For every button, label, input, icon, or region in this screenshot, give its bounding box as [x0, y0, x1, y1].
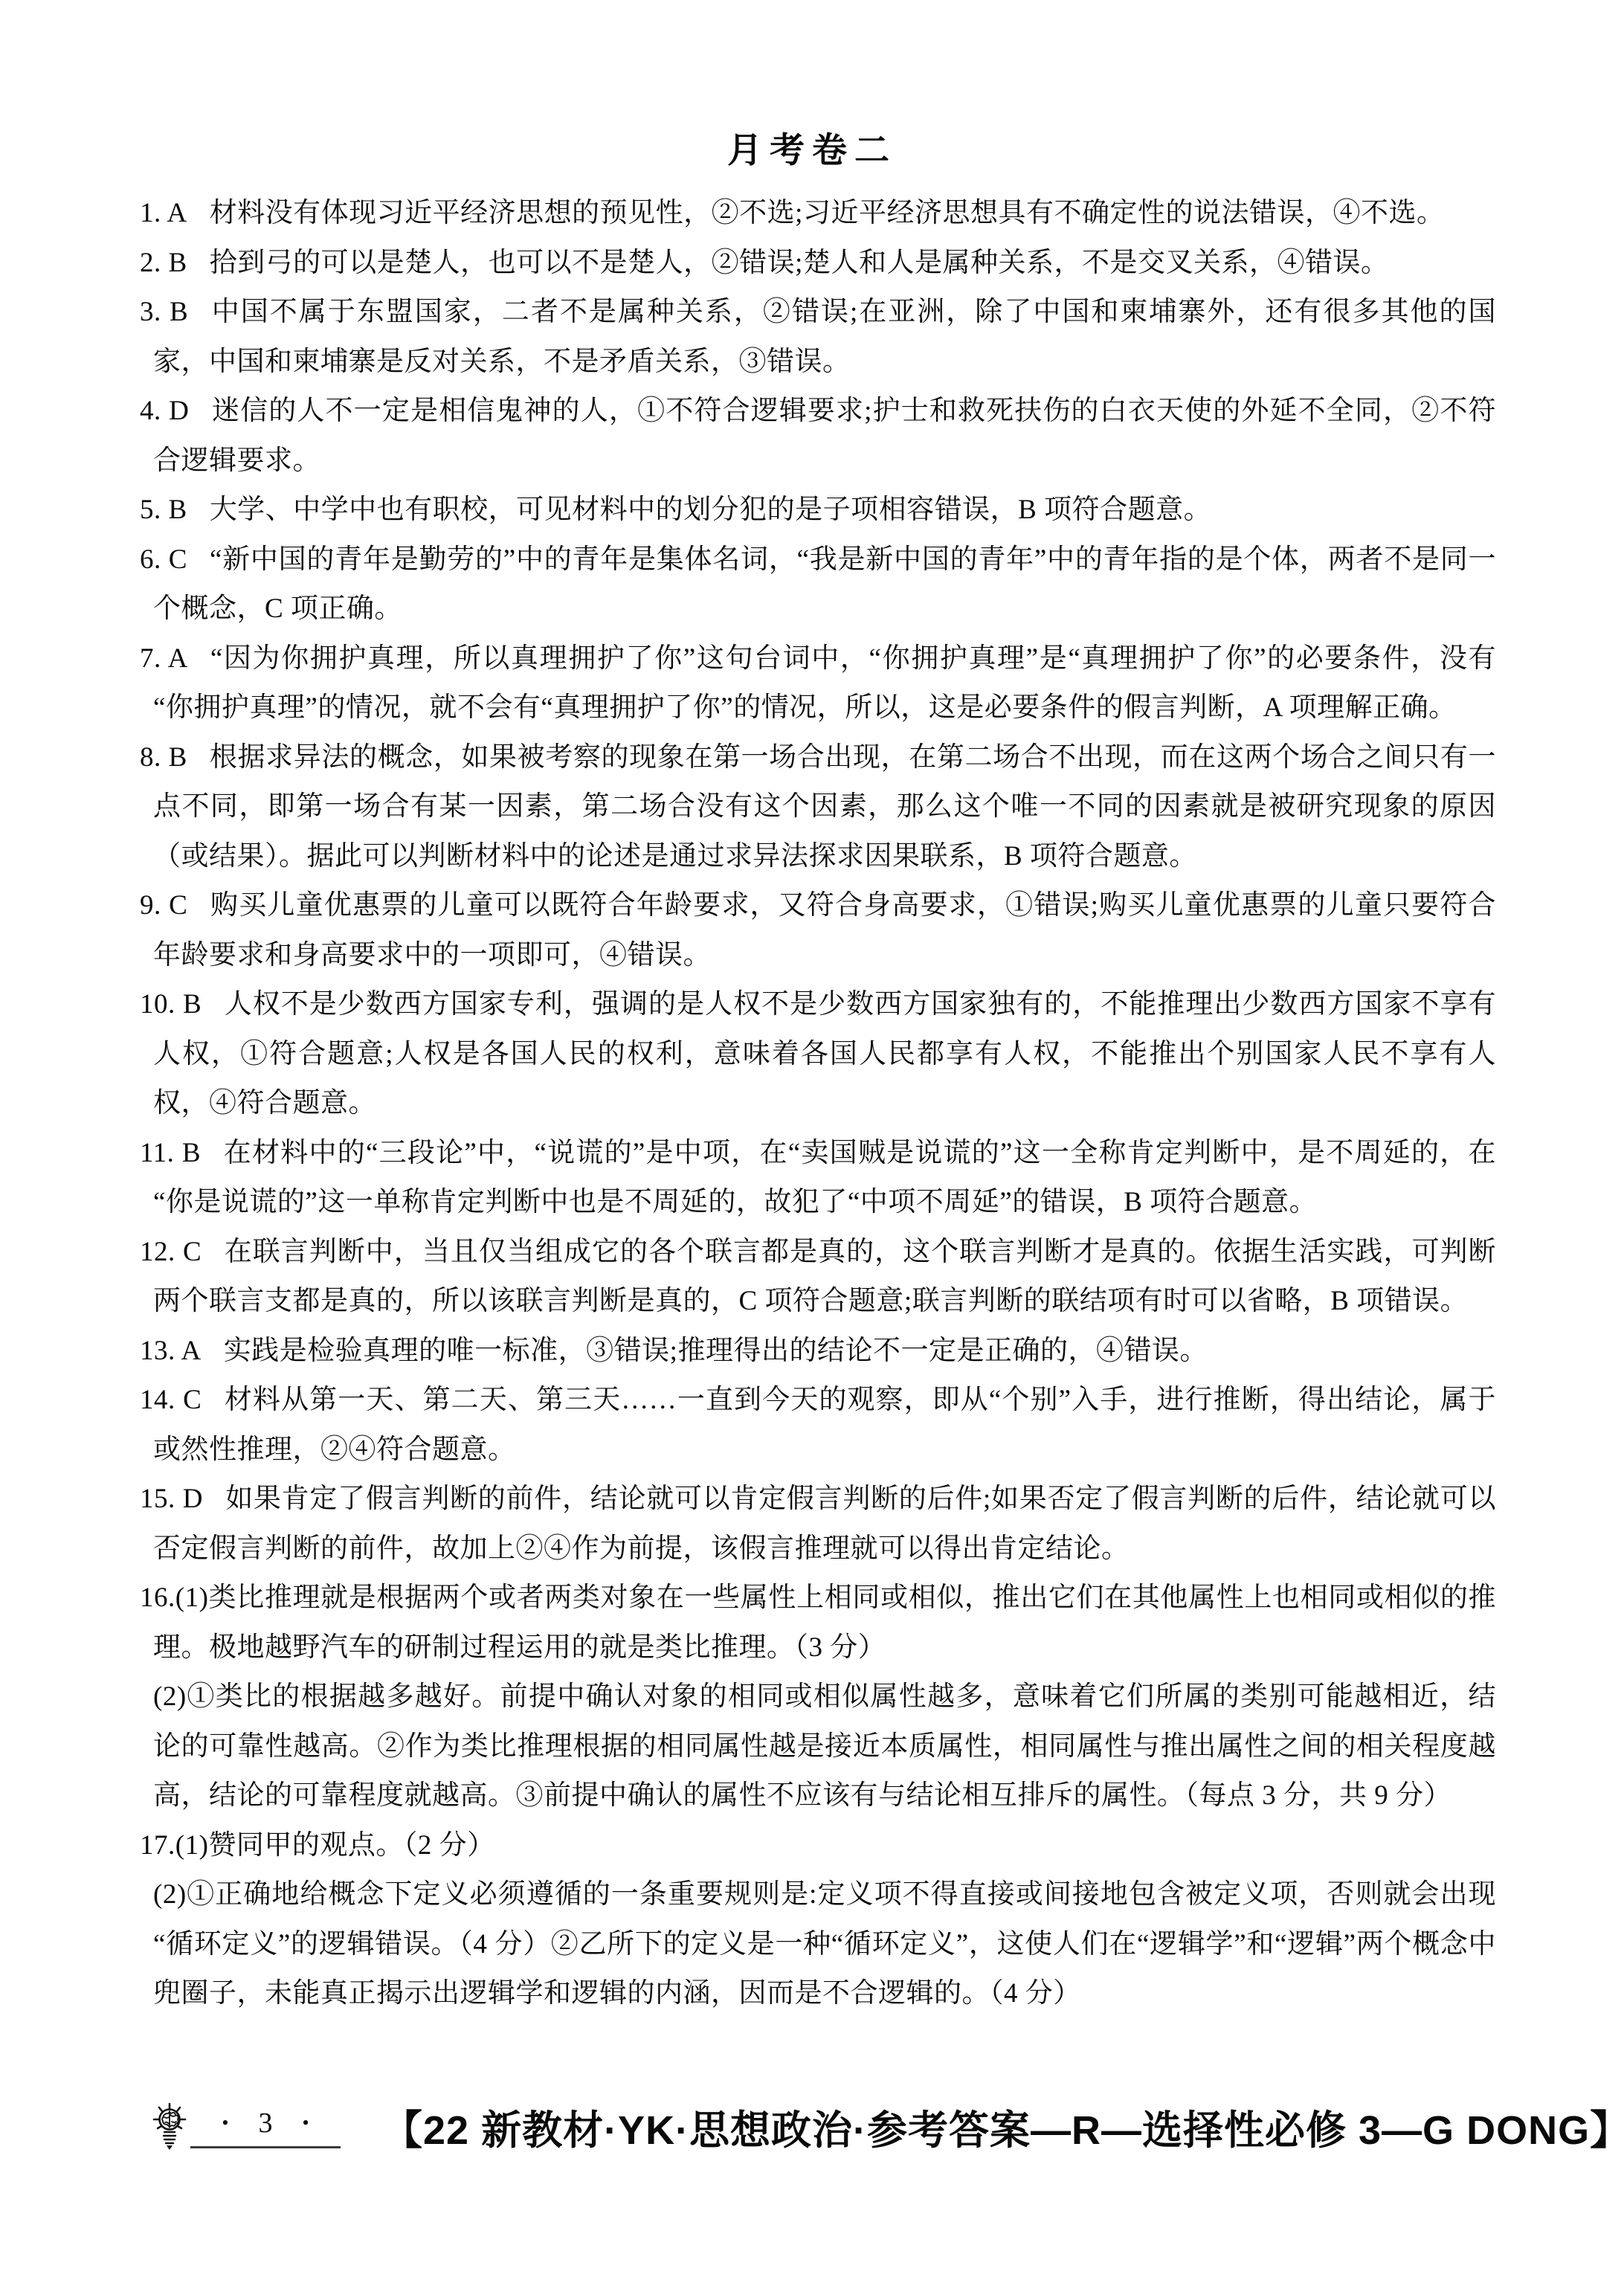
- answer-item-15: 15. D如果肯定了假言判断的前件，结论就可以肯定假言判断的后件;如果否定了假言…: [140, 1475, 1496, 1574]
- answer-number: 12. C: [140, 1237, 202, 1267]
- answer-number: 5. B: [140, 495, 187, 525]
- answer-item-3: 3. B中国不属于东盟国家，二者不是属种关系，②错误;在亚洲，除了中国和柬埔寨外…: [140, 288, 1496, 387]
- answer-number: 4. D: [140, 396, 189, 426]
- answer-number: 15. D: [140, 1484, 203, 1514]
- answer-number: 7. A: [140, 643, 188, 674]
- answer-text-part-2: (2)①类比的根据越多越好。前提中确认对象的相同或相似属性越多，意味着它们所属的…: [153, 1672, 1496, 1821]
- answer-text: 材料从第一天、第二天、第三天……一直到今天的观察，即从“个别”入手，进行推断，得…: [153, 1385, 1496, 1465]
- answer-number: 9. C: [140, 890, 187, 921]
- answer-text-part-1: (1)类比推理就是根据两个或者两类对象在一些属性上相同或相似，推出它们在其他属性…: [153, 1582, 1496, 1663]
- answer-text: 在联言判断中，当且仅当组成它的各个联言都是真的，这个联言判断才是真的。依据生活实…: [153, 1237, 1496, 1317]
- answer-text: 如果肯定了假言判断的前件，结论就可以肯定假言判断的后件;如果否定了假言判断的后件…: [153, 1484, 1496, 1564]
- answer-number: 2. B: [140, 248, 187, 278]
- page-title: 月考卷二: [0, 0, 1624, 171]
- footer-brand-text: 【22 新教材·YK·思想政治·参考答案—R—选择性必修 3—G DONG】: [382, 2099, 1624, 2156]
- answer-item-1: 1. A材料没有体现习近平经济思想的预见性，②不选;习近平经济思想具有不确定性的…: [140, 189, 1496, 239]
- answer-number: 17.: [140, 1830, 175, 1861]
- answer-number: 13. A: [140, 1336, 202, 1366]
- answer-text: “因为你拥护真理，所以真理拥护了你”这句台词中，“你拥护真理”是“真理拥护了你”…: [153, 643, 1496, 724]
- answer-text: 迷信的人不一定是相信鬼神的人，①不符合逻辑要求;护士和救死扶伤的白衣天使的外延不…: [153, 396, 1496, 476]
- answer-text: “新中国的青年是勤劳的”中的青年是集体名词，“我是新中国的青年”中的青年指的是个…: [153, 544, 1496, 625]
- answer-number: 10. B: [140, 989, 202, 1020]
- answer-list: 1. A材料没有体现习近平经济思想的预见性，②不选;习近平经济思想具有不确定性的…: [140, 189, 1496, 2019]
- answer-item-13: 13. A实践是检验真理的唯一标准，③错误;推理得出的结论不一定是正确的，④错误…: [140, 1327, 1496, 1376]
- answer-text: 大学、中学中也有职校，可见材料中的划分犯的是子项相容错误，B 项符合题意。: [210, 495, 1211, 525]
- answer-text-part-2: (2)①正确地给概念下定义必须遵循的一条重要规则是:定义项不得直接或间接地包含被…: [153, 1870, 1496, 2019]
- answer-item-17: 17.(1)赞同甲的观点。（2 分）(2)①正确地给概念下定义必须遵循的一条重要…: [140, 1821, 1496, 2019]
- answer-number: 6. C: [140, 544, 187, 575]
- brain-bulb-icon: [152, 2103, 187, 2152]
- answer-item-11: 11. B在材料中的“三段论”中，“说谎的”是中项，在“卖国贼是说谎的”这一全称…: [140, 1129, 1496, 1228]
- answer-text-part-1: (1)赞同甲的观点。（2 分）: [175, 1830, 495, 1861]
- page-number-left-dot: •: [222, 2113, 228, 2133]
- answer-number: 16.: [140, 1582, 175, 1613]
- answer-item-7: 7. A“因为你拥护真理，所以真理拥护了你”这句台词中，“你拥护真理”是“真理拥…: [140, 634, 1496, 733]
- answer-number: 11. B: [140, 1138, 201, 1168]
- answer-text: 人权不是少数西方国家专利，强调的是人权不是少数西方国家独有的，不能推理出少数西方…: [153, 989, 1496, 1118]
- answer-key-page: 月考卷二 1. A材料没有体现习近平经济思想的预见性，②不选;习近平经济思想具有…: [0, 0, 1624, 2283]
- page-number-right-dot: •: [303, 2113, 309, 2133]
- answer-item-9: 9. C购买儿童优惠票的儿童可以既符合年龄要求，又符合身高要求，①错误;购买儿童…: [140, 881, 1496, 980]
- answer-number: 3. B: [140, 297, 188, 327]
- page-footer: • 3 • 【22 新教材·YK·思想政治·参考答案—R—选择性必修 3—G D…: [0, 2096, 1624, 2177]
- answer-number: 14. C: [140, 1385, 202, 1415]
- answer-item-6: 6. C“新中国的青年是勤劳的”中的青年是集体名词，“我是新中国的青年”中的青年…: [140, 535, 1496, 634]
- answer-item-4: 4. D迷信的人不一定是相信鬼神的人，①不符合逻辑要求;护士和救死扶伤的白衣天使…: [140, 387, 1496, 486]
- answer-text: 在材料中的“三段论”中，“说谎的”是中项，在“卖国贼是说谎的”这一全称肯定判断中…: [153, 1138, 1496, 1218]
- answer-item-5: 5. B大学、中学中也有职校，可见材料中的划分犯的是子项相容错误，B 项符合题意…: [140, 486, 1496, 535]
- answer-item-16: 16.(1)类比推理就是根据两个或者两类对象在一些属性上相同或相似，推出它们在其…: [140, 1574, 1496, 1821]
- answer-number: 8. B: [140, 742, 187, 773]
- answer-item-12: 12. C在联言判断中，当且仅当组成它的各个联言都是真的，这个联言判断才是真的。…: [140, 1228, 1496, 1327]
- answer-text: 材料没有体现习近平经济思想的预见性，②不选;习近平经济思想具有不确定性的说法错误…: [210, 198, 1445, 228]
- page-number: • 3 •: [190, 2100, 341, 2148]
- answer-item-10: 10. B人权不是少数西方国家专利，强调的是人权不是少数西方国家独有的，不能推理…: [140, 980, 1496, 1129]
- answer-text: 拾到弓的可以是楚人，也可以不是楚人，②错误;楚人和人是属种关系，不是交叉关系，④…: [210, 248, 1389, 278]
- answer-text: 根据求异法的概念，如果被考察的现象在第一场合出现，在第二场合不出现，而在这两个场…: [153, 742, 1496, 872]
- answer-item-8: 8. B根据求异法的概念，如果被考察的现象在第一场合出现，在第二场合不出现，而在…: [140, 733, 1496, 882]
- page-number-value: 3: [259, 2107, 273, 2139]
- answer-text: 中国不属于东盟国家，二者不是属种关系，②错误;在亚洲，除了中国和柬埔寨外，还有很…: [153, 297, 1496, 377]
- answer-number: 1. A: [140, 198, 187, 228]
- answer-item-2: 2. B拾到弓的可以是楚人，也可以不是楚人，②错误;楚人和人是属种关系，不是交叉…: [140, 239, 1496, 289]
- answer-text: 实践是检验真理的唯一标准，③错误;推理得出的结论不一定是正确的，④错误。: [224, 1336, 1208, 1366]
- answer-text: 购买儿童优惠票的儿童可以既符合年龄要求，又符合身高要求，①错误;购买儿童优惠票的…: [153, 890, 1496, 970]
- answer-item-14: 14. C材料从第一天、第二天、第三天……一直到今天的观察，即从“个别”入手，进…: [140, 1376, 1496, 1475]
